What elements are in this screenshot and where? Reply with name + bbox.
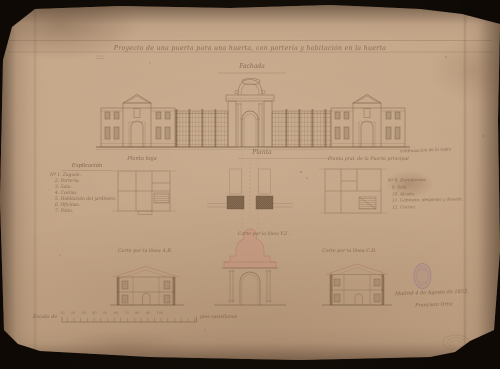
plan-planta-principal [319, 169, 387, 213]
legend-item: 5. Habitación del jardinero. [50, 197, 122, 203]
archive-stamp [414, 264, 431, 289]
section-gate [214, 229, 286, 305]
gate-arch [242, 111, 258, 147]
edge-shadow-left [0, 0, 16, 369]
scale-label-left: Escala de [33, 315, 57, 321]
door-arch [131, 121, 143, 147]
scale-label-right: pies castellanos [200, 315, 237, 320]
central-gate [226, 80, 274, 148]
legend-heading: Explicación [60, 164, 114, 170]
door-arch [361, 121, 373, 147]
section-right-pavilion [322, 264, 392, 305]
plan-left-label: Planta baja [112, 157, 172, 163]
section-left-pavilion [110, 267, 184, 306]
plan-center-label: Planta [244, 150, 280, 157]
sections-row [110, 229, 392, 305]
attic-curve [238, 80, 262, 96]
section-right-label: Corte por la línea C.D. [322, 249, 392, 255]
right-pavilion [331, 95, 405, 148]
scale-bar [62, 317, 197, 323]
photo-background: Proyecto de una puerta para una huerta, … [0, 0, 500, 369]
drawing-subtitle: Fachada [215, 64, 289, 71]
scale-numbers: 10 20 30 40 50 60 70 80 90 100 [60, 311, 200, 315]
legend-list: Nº 1. Zaguán. 2. Portería. 3. Sala. 4. C… [50, 173, 122, 215]
paper: Proyecto de una puerta para una huerta, … [0, 0, 500, 369]
fence-right [272, 109, 331, 147]
section-left-label: Corte por la línea A.B. [118, 249, 188, 255]
legend-list-right: Nº 8. Dormitorios. 9. Sala. 10. Alcoba. … [388, 176, 465, 211]
plan-right-label: Planta pral. de la Puerta principal [328, 157, 414, 162]
plan-gate [207, 163, 293, 218]
legend-item: 11. Gabinete, despensa y desván. [388, 196, 464, 204]
edge-shadow-bottom [0, 343, 500, 369]
legend-item: 7. Patio. [50, 209, 122, 215]
left-pavilion [101, 95, 175, 148]
arch-cut [240, 272, 260, 305]
drawing-title: Proyecto de una puerta para una huerta, … [105, 45, 395, 52]
windows [105, 112, 170, 139]
fence-left [176, 109, 229, 147]
edge-shadow-top [0, 0, 500, 24]
projection-lines [242, 150, 258, 229]
legend-item: 12. Cocina. [388, 203, 464, 211]
windows [335, 112, 400, 139]
section-center-label: Corte por la línea Y.Z. [238, 232, 300, 237]
edge-shadow-right [478, 0, 500, 369]
